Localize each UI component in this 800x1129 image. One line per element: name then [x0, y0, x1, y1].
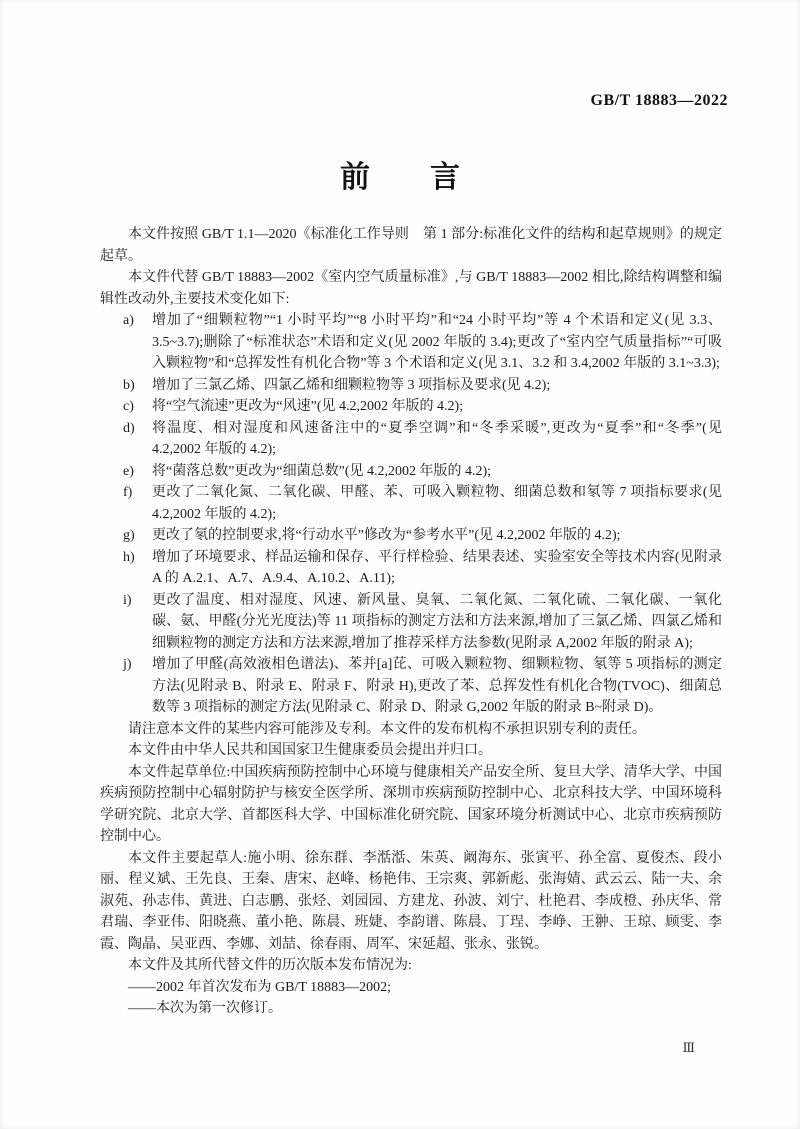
list-marker: d)	[123, 418, 135, 440]
revision-list-item: g)更改了氡的控制要求,将“行动水平”修改为“参考水平”(见 4.2,2002 …	[100, 525, 722, 547]
paragraph: 本文件由中华人民共和国国家卫生健康委员会提出并归口。	[100, 740, 722, 762]
list-text: 更改了二氧化氮、二氧化碳、甲醛、苯、可吸入颗粒物、细菌总数和氡等 7 项指标要求…	[152, 485, 722, 522]
paragraph: ——本次为第一次修订。	[100, 998, 722, 1020]
paragraph: 本文件按照 GB/T 1.1—2020《标准化工作导则 第 1 部分:标准化文件…	[100, 224, 722, 267]
list-text: 增加了环境要求、样品运输和保存、平行样检验、结果表述、实验室安全等技术内容(见附…	[152, 550, 722, 587]
revision-list-item: b)增加了三氯乙烯、四氯乙烯和细颗粒物等 3 项指标及要求(见 4.2);	[100, 375, 722, 397]
list-text: 将温度、相对湿度和风速备注中的“夏季空调”和“冬季采暖”,更改为“夏季”和“冬季…	[152, 421, 722, 458]
list-marker: f)	[123, 482, 132, 504]
paragraph: 请注意本文件的某些内容可能涉及专利。本文件的发布机构不承担识别专利的责任。	[100, 719, 722, 741]
list-text: 将“菌落总数”更改为“细菌总数”(见 4.2,2002 年版的 4.2);	[152, 464, 491, 479]
list-text: 增加了三氯乙烯、四氯乙烯和细颗粒物等 3 项指标及要求(见 4.2);	[152, 378, 550, 393]
list-text: 增加了甲醛(高效液相色谱法)、苯并[a]芘、可吸入颗粒物、细颗粒物、氡等 5 项…	[152, 657, 722, 715]
paragraph: 本文件主要起草人:施小明、徐东群、李湉湉、朱英、阚海东、张寅平、孙全富、夏俊杰、…	[100, 848, 722, 956]
standard-number: GB/T 18883—2022	[591, 92, 728, 110]
list-marker: a)	[123, 310, 134, 332]
page-number: Ⅲ	[682, 1040, 695, 1056]
revision-list-item: f)更改了二氧化氮、二氧化碳、甲醛、苯、可吸入颗粒物、细菌总数和氡等 7 项指标…	[100, 482, 722, 525]
list-marker: j)	[123, 654, 132, 676]
list-text: 将“空气流速”更改为“风速”(见 4.2,2002 年版的 4.2);	[152, 399, 463, 414]
revision-list-item: a)增加了“细颗粒物”“1 小时平均”“8 小时平均”和“24 小时平均”等 4…	[100, 310, 722, 375]
paragraph: ——2002 年首次发布为 GB/T 18883—2002;	[100, 977, 722, 999]
revision-list-item: h)增加了环境要求、样品运输和保存、平行样检验、结果表述、实验室安全等技术内容(…	[100, 547, 722, 590]
document-page: GB/T 18883—2022 前 言 本文件按照 GB/T 1.1—2020《…	[0, 0, 800, 1129]
paragraph: 本文件起草单位:中国疾病预防控制中心环境与健康相关产品安全所、复旦大学、清华大学…	[100, 762, 722, 848]
list-text: 更改了温度、相对湿度、风速、新风量、臭氧、二氧化氮、二氧化硫、二氧化碳、一氧化碳…	[152, 593, 722, 651]
document-body: 本文件按照 GB/T 1.1—2020《标准化工作导则 第 1 部分:标准化文件…	[100, 224, 722, 1020]
list-text: 更改了氡的控制要求,将“行动水平”修改为“参考水平”(见 4.2,2002 年版…	[152, 528, 621, 543]
list-marker: h)	[123, 547, 135, 569]
list-text: 增加了“细颗粒物”“1 小时平均”“8 小时平均”和“24 小时平均”等 4 个…	[152, 313, 722, 371]
paragraph: 本文件代替 GB/T 18883—2002《室内空气质量标准》,与 GB/T 1…	[100, 267, 722, 310]
page-title: 前 言	[0, 152, 800, 196]
revision-list-item: e)将“菌落总数”更改为“细菌总数”(见 4.2,2002 年版的 4.2);	[100, 461, 722, 483]
paragraph: 本文件及其所代替文件的历次版本发布情况为:	[100, 955, 722, 977]
revision-list-item: j)增加了甲醛(高效液相色谱法)、苯并[a]芘、可吸入颗粒物、细颗粒物、氡等 5…	[100, 654, 722, 719]
list-marker: e)	[123, 461, 134, 483]
list-marker: i)	[123, 590, 132, 612]
revision-list-item: i)更改了温度、相对湿度、风速、新风量、臭氧、二氧化氮、二氧化硫、二氧化碳、一氧…	[100, 590, 722, 655]
list-marker: g)	[123, 525, 135, 547]
list-marker: b)	[123, 375, 135, 397]
revision-list-item: c)将“空气流速”更改为“风速”(见 4.2,2002 年版的 4.2);	[100, 396, 722, 418]
list-marker: c)	[123, 396, 134, 418]
revision-list-item: d)将温度、相对湿度和风速备注中的“夏季空调”和“冬季采暖”,更改为“夏季”和“…	[100, 418, 722, 461]
